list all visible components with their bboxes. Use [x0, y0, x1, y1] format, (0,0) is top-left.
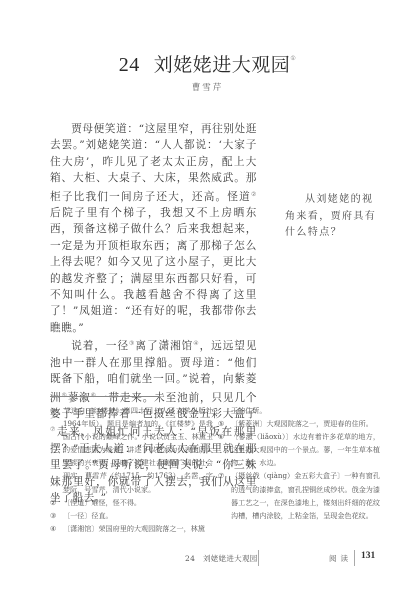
text-segment: 离了潇湘馆 [135, 340, 193, 352]
text-segment: 贾母便笑道：“这屋里窄，再往别处逛去罢。”刘姥姥笑道：“人人都说：‘大家子住大房… [50, 123, 257, 203]
footnotes-left-column: ①节选自《红楼梦》第四十回（人民文学出版社1964年版）。题目是编者加的。《红楼… [50, 404, 213, 535]
footer-separator [354, 550, 355, 566]
footnote-mark: ⑦ [218, 469, 231, 482]
footnote-mark: ⑥ [218, 430, 231, 443]
footnote-text: 〔蓼溆（liǎoxù）〕水边有着许多花草的地方，这里指大观园中的一个景点。蓼，一… [231, 432, 380, 467]
footnote: ③〔一径〕径直。 [50, 509, 213, 522]
footnote-text: 节选自《红楼梦》第四十回（人民文学出版社1964年版）。题目是编者加的。《红楼梦… [63, 406, 213, 494]
section-label: 阅读 [329, 553, 352, 564]
running-title: 24 刘姥姥进大观园 [185, 553, 258, 564]
footnotes-right-column: 玉的住所。 ⑤〔紫菱洲〕大观园院落之一，贾迎春的住所。 ⑥〔蓼溆（liǎoxù）… [218, 404, 380, 522]
footnote: ④〔潇湘馆〕荣国府里的大观园院落之一，林黛 [50, 522, 213, 535]
footnote: ⑦〔摄丝戗（qiàng）金五彩大盒子〕一种有窗孔的透气的漆捧盒，窗孔捏铜丝成纱状… [218, 469, 380, 521]
footnote-mark: ② [50, 496, 63, 509]
footnote-text: 〔摄丝戗（qiàng）金五彩大盒子〕一种有窗孔的透气的漆捧盒，窗孔捏铜丝成纱状。… [231, 471, 380, 519]
page-number: 131 [361, 551, 375, 561]
text-segment: 后院子里有个梯子，我想又不上房晒东西，预备这梯子做什么？后来我想起来，一定是为开… [50, 207, 257, 334]
footnote-text: 〔一径〕径直。 [63, 511, 113, 520]
footnote-text: 〔潇湘馆〕荣国府里的大观园院落之一，林黛 [63, 524, 205, 533]
footer-separator [258, 550, 259, 566]
footnote-continuation: 玉的住所。 [218, 404, 380, 417]
footnote-mark: ⑤ [218, 417, 231, 430]
footnote-divider [50, 396, 160, 397]
footnote-ref: ② [251, 191, 257, 198]
paragraph: 贾母便笑道：“这屋里窄，再往别处逛去罢。”刘姥姥笑道：“人人都说：‘大家子住大房… [50, 121, 257, 336]
footnote-mark: ③ [50, 509, 63, 522]
footnote: ⑥〔蓼溆（liǎoxù）〕水边有着许多花草的地方，这里指大观园中的一个景点。蓼，… [218, 430, 380, 469]
author: 曹雪芹 [0, 81, 415, 93]
footnote: ①节选自《红楼梦》第四十回（人民文学出版社1964年版）。题目是编者加的。《红楼… [50, 404, 213, 496]
text-segment: 说着，一径 [71, 340, 129, 352]
footnote: ⑤〔紫菱洲〕大观园院落之一，贾迎春的住所。 [218, 417, 380, 430]
footnote-text: 〔怪道〕难怪，怪不得。 [63, 498, 141, 507]
lesson-number: 24 [119, 54, 140, 76]
page-title: 24刘姥姥进大观园① [0, 50, 415, 77]
footnote: ②〔怪道〕难怪，怪不得。 [50, 496, 213, 509]
lesson-title: 刘姥姥进大观园 [154, 54, 291, 76]
text-segment: 蓼溆 [68, 392, 91, 404]
footnote-ref: ① [290, 55, 296, 62]
footnote-mark: ① [50, 404, 63, 417]
margin-question: 从刘姥姥的视角来看，贾府具有什么特点？ [285, 192, 377, 242]
page-footer: 24 刘姥姥进大观园 阅读 131 [0, 548, 415, 568]
footnote-text: 〔紫菱洲〕大观园院落之一，贾迎春的住所。 [231, 419, 373, 428]
footnote-text: 玉的住所。 [231, 406, 266, 415]
footnote-mark: ④ [50, 522, 63, 535]
